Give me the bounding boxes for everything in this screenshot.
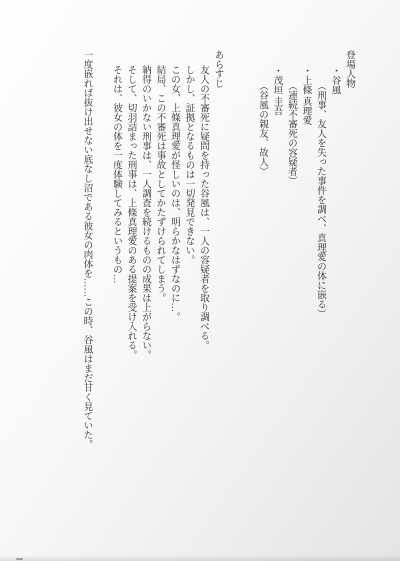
synopsis-line: この女、上條真理愛が怪しいのは、明らかなはずなのに…。 [167, 50, 182, 527]
character-name-kamijo-maria: ・上條 真理愛 [298, 50, 313, 527]
character-name-tanikaze: ・谷風 [327, 50, 342, 527]
scanned-page: 登場人物 ・谷風 （刑事、友人を失った事件を調べ、真理愛の体に嵌る） ・上條 真… [0, 0, 400, 561]
characters-section: 登場人物 ・谷風 （刑事、友人を失った事件を調べ、真理愛の体に嵌る） ・上條 真… [255, 50, 357, 527]
synopsis-line: 結局、この不審死は事故としてかたずけられてしまう。 [152, 50, 167, 527]
synopsis-line: しかし、証拠となるものは一切発見できない。 [181, 50, 196, 527]
synopsis-heading: あらすじ [210, 50, 225, 527]
scan-artifact-mark [16, 558, 23, 560]
character-name-mogaki-keigo: ・茂垣 圭吾 [269, 50, 284, 527]
characters-heading: 登場人物 [342, 50, 357, 527]
character-description-kamijo-maria: （連続不審死の容疑者） [284, 50, 299, 527]
synopsis-line: 納得のいかない刑事は、一人調査を続けるものの成果は上がらない。 [138, 50, 153, 527]
character-description-mogaki-keigo: （谷風の親友、故人） [255, 50, 270, 527]
character-description-tanikaze: （刑事、友人を失った事件を調べ、真理愛の体に嵌る） [313, 50, 328, 527]
synopsis-line: それは、彼女の体を一度体験してみるというもの… [109, 50, 124, 527]
synopsis-line: そして、切羽詰まった刑事は、上條真理愛のある提案を受け入れる。 [123, 50, 138, 527]
synopsis-line-final: 一度嵌れば抜け出せない底なし沼である彼女の肉体を……この時、谷風はまだ甘く見てい… [79, 50, 94, 527]
vertical-text-content: 登場人物 ・谷風 （刑事、友人を失った事件を調べ、真理愛の体に嵌る） ・上條 真… [0, 0, 400, 561]
synopsis-line: 友人の不審死に疑問を持った谷風は、一人の容疑者を取り調べる。 [196, 50, 211, 527]
synopsis-section: あらすじ 友人の不審死に疑問を持った谷風は、一人の容疑者を取り調べる。 しかし、… [79, 50, 225, 527]
